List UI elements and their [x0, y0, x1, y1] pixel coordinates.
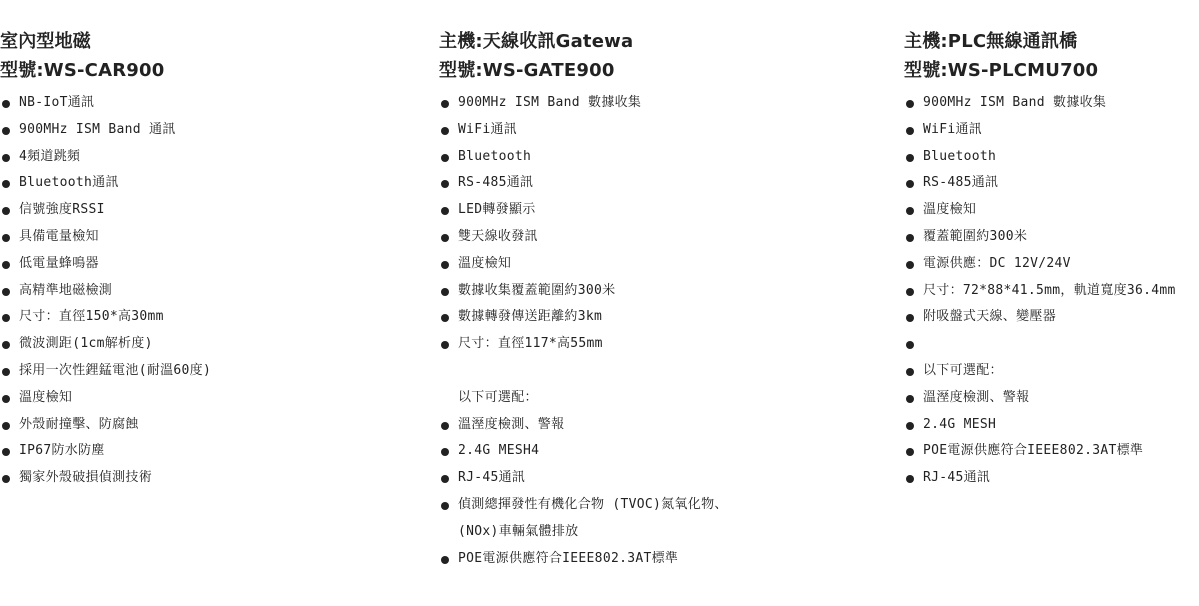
bullet-dot-icon	[906, 475, 914, 483]
bullet-dot-icon	[2, 341, 10, 349]
spec-item: 溫度檢知	[0, 385, 211, 412]
spec-list: 900MHz ISM Band 數據收集WiFi通訊BluetoothRS-48…	[904, 90, 1176, 492]
spec-item: 溫度檢知	[904, 197, 1176, 224]
spec-item-text: 溫度檢知	[19, 390, 72, 405]
spec-item-text: 數據收集覆蓋範圍約300米	[458, 283, 615, 298]
bullet-dot-icon	[441, 422, 449, 430]
product-column-gate900: 主機:天線收訊Gatewa 型號:WS-GATE900 900MHz ISM B…	[439, 28, 728, 572]
bullet-dot-icon	[906, 100, 914, 108]
bullet-dot-icon	[441, 475, 449, 483]
bullet-dot-icon	[2, 154, 10, 162]
bullet-dot-icon	[441, 341, 449, 349]
spec-item-text: RJ-45通訊	[923, 470, 990, 485]
spec-item: IP67防水防塵	[0, 438, 211, 465]
bullet-dot-icon	[906, 314, 914, 322]
spec-item-text: 尺寸：72*88*41.5mm，軌道寬度36.4mm	[923, 283, 1176, 298]
spec-item-text: 2.4G MESH4	[458, 443, 539, 458]
bullet-dot-icon	[2, 288, 10, 296]
bullet-dot-icon	[2, 422, 10, 430]
bullet-dot-icon	[441, 234, 449, 242]
spec-item-text: 採用一次性鋰錳電池(耐溫60度)	[19, 363, 211, 378]
spec-item: 以下可選配：	[439, 385, 728, 412]
spec-item	[904, 331, 1176, 358]
spec-item-text: WiFi通訊	[458, 122, 517, 137]
product-column-plcmu700: 主機:PLC無線通訊橋 型號:WS-PLCMU700 900MHz ISM Ba…	[904, 28, 1176, 492]
bullet-dot-icon	[906, 288, 914, 296]
bullet-dot-icon	[906, 395, 914, 403]
spec-item: WiFi通訊	[439, 117, 728, 144]
spec-item: 微波測距(1cm解析度)	[0, 331, 211, 358]
bullet-dot-icon	[2, 180, 10, 188]
spec-item: RS-485通訊	[439, 170, 728, 197]
bullet-dot-icon	[441, 207, 449, 215]
spec-item: 附吸盤式天線、變壓器	[904, 304, 1176, 331]
spec-item-text: 信號強度RSSI	[19, 202, 105, 217]
bullet-dot-icon	[441, 502, 449, 510]
bullet-dot-icon	[906, 127, 914, 135]
bullet-dot-icon	[441, 556, 449, 564]
spec-item: 低電量蜂鳴器	[0, 251, 211, 278]
bullet-dot-icon	[441, 127, 449, 135]
spec-item: 採用一次性鋰錳電池(耐溫60度)	[0, 358, 211, 385]
spec-item: 外殼耐撞擊、防腐蝕	[0, 412, 211, 439]
spec-item: 以下可選配：	[904, 358, 1176, 385]
spec-item: 溫度檢知	[439, 251, 728, 278]
product-title: 室內型地磁	[0, 28, 211, 56]
spec-item: 獨家外殼破損偵測技術	[0, 465, 211, 492]
spec-item: 高精準地磁檢測	[0, 278, 211, 305]
spec-item-text: 外殼耐撞擊、防腐蝕	[19, 417, 139, 432]
spec-item-text: 附吸盤式天線、變壓器	[923, 309, 1056, 324]
bullet-dot-icon	[2, 207, 10, 215]
spec-item-text: 900MHz ISM Band 數據收集	[923, 95, 1106, 110]
spec-item-text: RS-485通訊	[923, 175, 998, 190]
product-title: 主機:天線收訊Gatewa	[439, 28, 728, 56]
spec-list: 900MHz ISM Band 數據收集WiFi通訊BluetoothRS-48…	[439, 90, 728, 572]
bullet-dot-icon	[2, 127, 10, 135]
spec-item-text: Bluetooth	[458, 149, 531, 164]
spec-item-text: (NOx)車輛氣體排放	[458, 524, 578, 539]
bullet-dot-icon	[441, 314, 449, 322]
product-model: 型號:WS-PLCMU700	[904, 57, 1176, 85]
spec-item-text: 低電量蜂鳴器	[19, 256, 99, 271]
spec-item: RS-485通訊	[904, 170, 1176, 197]
bullet-dot-icon	[441, 100, 449, 108]
spec-item: 900MHz ISM Band 數據收集	[439, 90, 728, 117]
spec-item-text: 覆蓋範圍約300米	[923, 229, 1027, 244]
spec-item: 偵測總揮發性有機化合物 (TVOC)氮氧化物、	[439, 492, 728, 519]
spec-item-text: 2.4G MESH	[923, 417, 996, 432]
spec-item: WiFi通訊	[904, 117, 1176, 144]
spec-item: 數據收集覆蓋範圍約300米	[439, 278, 728, 305]
spec-item: 尺寸：72*88*41.5mm，軌道寬度36.4mm	[904, 278, 1176, 305]
bullet-dot-icon	[906, 422, 914, 430]
spec-item	[439, 358, 728, 385]
spec-item-text: 雙天線收發訊	[458, 229, 538, 244]
bullet-dot-icon	[441, 288, 449, 296]
bullet-dot-icon	[2, 314, 10, 322]
spec-item: 900MHz ISM Band 通訊	[0, 117, 211, 144]
spec-item-text: 高精準地磁檢測	[19, 283, 112, 298]
bullet-dot-icon	[906, 368, 914, 376]
bullet-dot-icon	[441, 180, 449, 188]
spec-item: POE電源供應符合IEEE802.3AT標準	[439, 546, 728, 573]
spec-item: 900MHz ISM Band 數據收集	[904, 90, 1176, 117]
spec-item-text: 以下可選配：	[923, 363, 1003, 378]
spec-item: 溫溼度檢測、警報	[904, 385, 1176, 412]
spec-item-text: 獨家外殼破損偵測技術	[19, 470, 152, 485]
bullet-dot-icon	[2, 100, 10, 108]
spec-item-text: 具備電量檢知	[19, 229, 99, 244]
spec-item: 數據轉發傳送距離約3km	[439, 304, 728, 331]
spec-item-text: 溫度檢知	[923, 202, 976, 217]
spec-item-text: RJ-45通訊	[458, 470, 525, 485]
bullet-dot-icon	[906, 448, 914, 456]
product-model: 型號:WS-GATE900	[439, 57, 728, 85]
spec-item-text: RS-485通訊	[458, 175, 533, 190]
spec-item: LED轉發顯示	[439, 197, 728, 224]
spec-item-text: Bluetooth通訊	[19, 175, 119, 190]
spec-item-text: 偵測總揮發性有機化合物 (TVOC)氮氧化物、	[458, 497, 728, 512]
spec-item-text: NB-IoT通訊	[19, 95, 94, 110]
spec-item: Bluetooth	[439, 144, 728, 171]
bullet-dot-icon	[441, 448, 449, 456]
spec-item-text: IP67防水防塵	[19, 443, 105, 458]
spec-item: 覆蓋範圍約300米	[904, 224, 1176, 251]
bullet-dot-icon	[906, 154, 914, 162]
bullet-dot-icon	[906, 207, 914, 215]
spec-list: NB-IoT通訊900MHz ISM Band 通訊4頻道跳頻Bluetooth…	[0, 90, 211, 492]
spec-item-text: LED轉發顯示	[458, 202, 536, 217]
spec-item: RJ-45通訊	[904, 465, 1176, 492]
spec-item-text: 電源供應：DC 12V/24V	[923, 256, 1071, 271]
bullet-dot-icon	[2, 368, 10, 376]
spec-item: 尺寸：直徑117*高55mm	[439, 331, 728, 358]
spec-item-text: 溫溼度檢測、警報	[458, 417, 564, 432]
spec-item: RJ-45通訊	[439, 465, 728, 492]
bullet-dot-icon	[2, 395, 10, 403]
spec-item-text: 溫度檢知	[458, 256, 511, 271]
bullet-dot-icon	[441, 261, 449, 269]
spec-item-text: 尺寸：直徑150*高30mm	[19, 309, 164, 324]
spec-item: 溫溼度檢測、警報	[439, 412, 728, 439]
spec-item-text: 數據轉發傳送距離約3km	[458, 309, 602, 324]
spec-item: (NOx)車輛氣體排放	[439, 519, 728, 546]
spec-item-text: POE電源供應符合IEEE802.3AT標準	[458, 551, 678, 566]
spec-item-text: Bluetooth	[923, 149, 996, 164]
spec-item-text: WiFi通訊	[923, 122, 982, 137]
spec-item-text: POE電源供應符合IEEE802.3AT標準	[923, 443, 1143, 458]
spec-item: 具備電量檢知	[0, 224, 211, 251]
product-model: 型號:WS-CAR900	[0, 57, 211, 85]
spec-item: 雙天線收發訊	[439, 224, 728, 251]
bullet-dot-icon	[2, 234, 10, 242]
product-column-car900: 室內型地磁 型號:WS-CAR900 NB-IoT通訊900MHz ISM Ba…	[0, 28, 211, 492]
bullet-dot-icon	[441, 154, 449, 162]
spec-item: NB-IoT通訊	[0, 90, 211, 117]
spec-item: Bluetooth	[904, 144, 1176, 171]
bullet-dot-icon	[906, 180, 914, 188]
product-title: 主機:PLC無線通訊橋	[904, 28, 1176, 56]
spec-item-text: 4頻道跳頻	[19, 149, 80, 164]
bullet-dot-icon	[2, 261, 10, 269]
bullet-dot-icon	[2, 475, 10, 483]
bullet-dot-icon	[906, 341, 914, 349]
bullet-dot-icon	[906, 234, 914, 242]
spec-item: 2.4G MESH	[904, 412, 1176, 439]
spec-item: 電源供應：DC 12V/24V	[904, 251, 1176, 278]
spec-item-text: 微波測距(1cm解析度)	[19, 336, 153, 351]
spec-item-text: 尺寸：直徑117*高55mm	[458, 336, 603, 351]
spec-item-text: 900MHz ISM Band 數據收集	[458, 95, 641, 110]
spec-item: 2.4G MESH4	[439, 438, 728, 465]
spec-item-text: 溫溼度檢測、警報	[923, 390, 1029, 405]
spec-item-text: 900MHz ISM Band 通訊	[19, 122, 176, 137]
spec-item: POE電源供應符合IEEE802.3AT標準	[904, 438, 1176, 465]
spec-item: Bluetooth通訊	[0, 170, 211, 197]
spec-item: 4頻道跳頻	[0, 144, 211, 171]
bullet-dot-icon	[2, 448, 10, 456]
spec-item-text: 以下可選配：	[458, 390, 538, 405]
spec-item: 信號強度RSSI	[0, 197, 211, 224]
bullet-dot-icon	[906, 261, 914, 269]
spec-item: 尺寸：直徑150*高30mm	[0, 304, 211, 331]
